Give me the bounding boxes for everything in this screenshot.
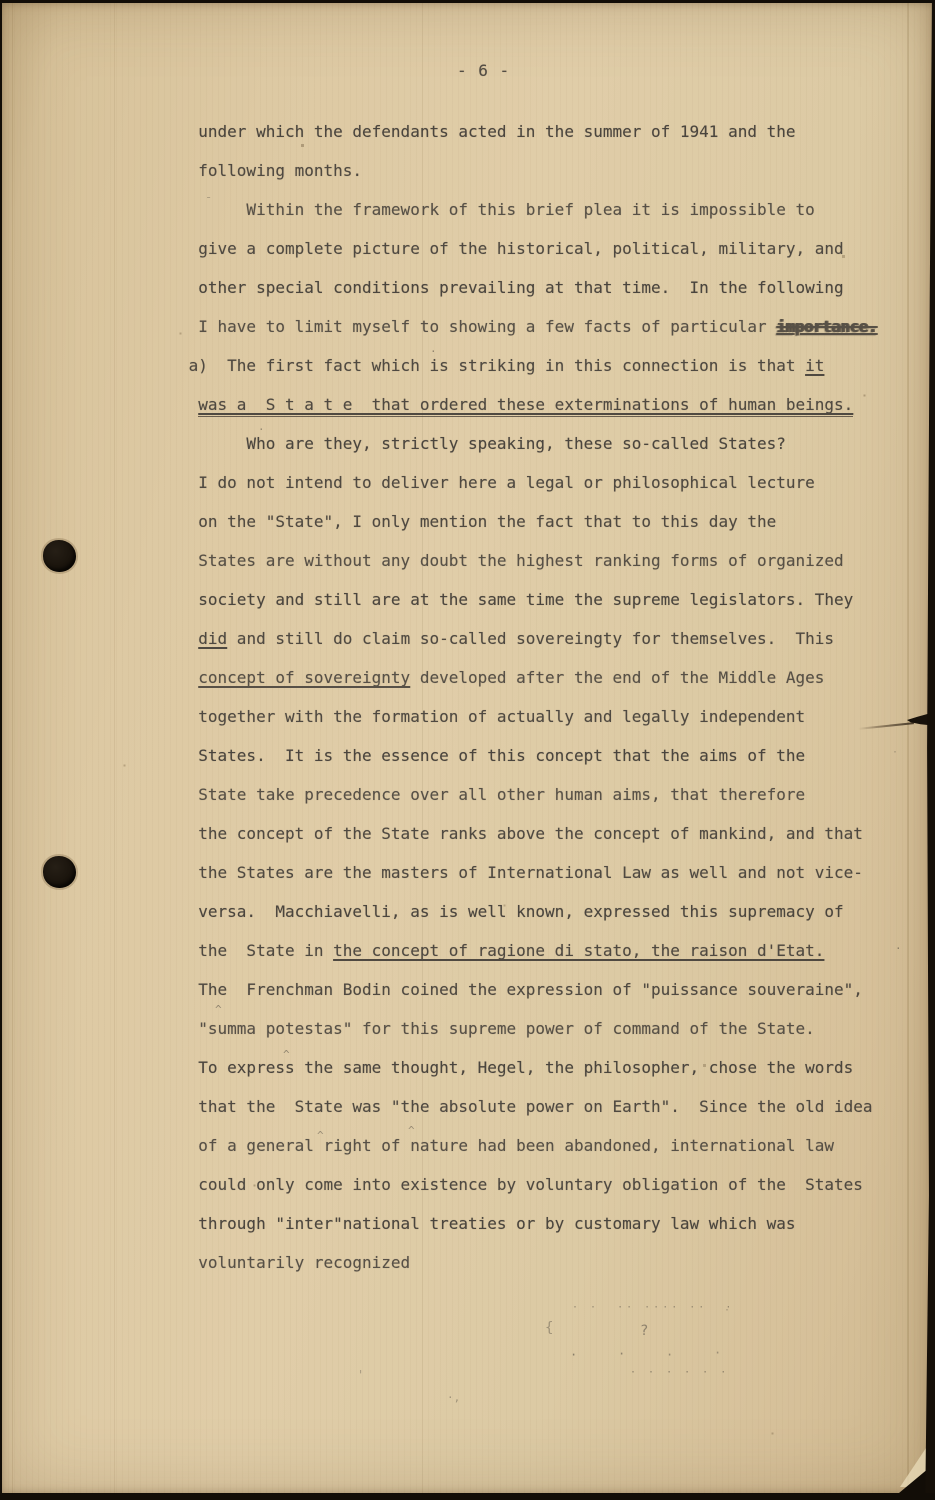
document-page: - 6 - under which the defendants acted i… bbox=[2, 3, 935, 1493]
scan-artifact-mark: · · ·· ···· ·· · bbox=[572, 1303, 734, 1313]
text-segment: through "inter"national treaties or by c… bbox=[179, 1214, 796, 1233]
text-segment: together with the formation of actually … bbox=[179, 707, 805, 726]
underlined-text: did bbox=[198, 629, 227, 648]
text-segment: versa. Macchiavelli, as is well known, e… bbox=[179, 902, 844, 921]
text-segment: voluntarily recognized bbox=[179, 1253, 410, 1272]
text-line: I do not intend to deliver here a legal … bbox=[179, 463, 919, 502]
text-segment: the States are the masters of Internatio… bbox=[179, 863, 863, 882]
text-segment: of a general right of nature had been ab… bbox=[179, 1136, 834, 1155]
scan-artifact-mark: · bbox=[570, 1349, 577, 1361]
text-segment: State take precedence over all other hum… bbox=[179, 785, 805, 804]
overtyped-text: importance. bbox=[776, 317, 876, 336]
scanned-document-canvas: - 6 - under which the defendants acted i… bbox=[0, 0, 935, 1500]
text-segment: that the State was "the absolute power o… bbox=[179, 1097, 873, 1116]
paper-crease bbox=[12, 3, 13, 1493]
text-block: under which the defendants acted in the … bbox=[179, 112, 919, 1282]
text-segment: Who are they, strictly speaking, these s… bbox=[179, 434, 786, 453]
scan-artifact-mark: · bbox=[618, 1348, 625, 1360]
page-number: - 6 - bbox=[457, 61, 510, 80]
scan-artifact-mark: ^ bbox=[408, 1125, 415, 1136]
text-line: that the State was "the absolute power o… bbox=[179, 1087, 919, 1126]
text-line: I have to limit myself to showing a few … bbox=[179, 307, 919, 346]
text-segment: following months. bbox=[179, 161, 362, 180]
text-line: State take precedence over all other hum… bbox=[179, 775, 919, 814]
text-segment: a) The first fact which is striking in t… bbox=[179, 356, 805, 375]
text-line: States. It is the essence of this concep… bbox=[179, 736, 919, 775]
text-line: "summa potestas" for this supreme power … bbox=[179, 1009, 919, 1048]
text-segment: I have to limit myself to showing a few … bbox=[179, 317, 776, 336]
text-line: on the "State", I only mention the fact … bbox=[179, 502, 919, 541]
scan-artifact-mark: · bbox=[430, 346, 437, 357]
text-segment: developed after the end of the Middle Ag… bbox=[410, 668, 824, 687]
scan-artifact-mark: ' bbox=[357, 1369, 364, 1381]
text-line: The Frenchman Bodin coined the expressio… bbox=[179, 970, 919, 1009]
text-segment: society and still are at the same time t… bbox=[179, 590, 853, 609]
text-segment bbox=[179, 668, 198, 687]
underlined-text: was a S t a t e that ordered these exter… bbox=[198, 395, 853, 417]
text-line: Who are they, strictly speaking, these s… bbox=[179, 424, 919, 463]
text-segment bbox=[179, 395, 198, 414]
text-line: through "inter"national treaties or by c… bbox=[179, 1204, 919, 1243]
scan-artifact-mark: · bbox=[714, 1347, 721, 1359]
text-segment: To express the same thought, Hegel, the … bbox=[179, 1058, 853, 1077]
text-line: was a S t a t e that ordered these exter… bbox=[179, 385, 919, 424]
text-segment: The Frenchman Bodin coined the expressio… bbox=[179, 980, 863, 999]
text-line: Within the framework of this brief plea … bbox=[179, 190, 919, 229]
text-segment: and still do claim so-called sovereingty… bbox=[227, 629, 834, 648]
text-segment: States. It is the essence of this concep… bbox=[179, 746, 805, 765]
punch-hole-bottom bbox=[43, 856, 76, 888]
text-segment: could only come into existence by volunt… bbox=[179, 1175, 863, 1194]
text-segment: give a complete picture of the historica… bbox=[179, 239, 844, 258]
scan-artifact-mark: · bbox=[892, 748, 898, 758]
text-line: concept of sovereignty developed after t… bbox=[179, 658, 919, 697]
punch-hole-top bbox=[43, 540, 76, 572]
dust-specks bbox=[2, 3, 3, 4]
text-line: a) The first fact which is striking in t… bbox=[179, 346, 919, 385]
text-segment: the State in bbox=[179, 941, 333, 960]
text-line: To express the same thought, Hegel, the … bbox=[179, 1048, 919, 1087]
text-line: the States are the masters of Internatio… bbox=[179, 853, 919, 892]
scan-artifact-mark: { bbox=[545, 1321, 553, 1335]
scan-artifact-mark: · bbox=[895, 943, 902, 954]
scan-artifact-mark: ? bbox=[640, 1324, 648, 1338]
underlined-text: it bbox=[805, 356, 824, 375]
paper-crease bbox=[114, 3, 115, 1493]
scan-artifact-mark: ^ bbox=[215, 1004, 222, 1015]
scan-artifact-mark: ^ bbox=[283, 1049, 290, 1060]
text-line: following months. bbox=[179, 151, 919, 190]
underlined-text: the concept of ragione di stato, the rai… bbox=[333, 941, 824, 960]
scan-artifact-mark: - bbox=[205, 191, 212, 203]
text-line: of a general right of nature had been ab… bbox=[179, 1126, 919, 1165]
text-line: versa. Macchiavelli, as is well known, e… bbox=[179, 892, 919, 931]
text-line: the concept of the State ranks above the… bbox=[179, 814, 919, 853]
text-line: States are without any doubt the highest… bbox=[179, 541, 919, 580]
text-segment: States are without any doubt the highest… bbox=[179, 551, 844, 570]
text-segment: Within the framework of this brief plea … bbox=[179, 200, 815, 219]
text-line: did and still do claim so-called soverei… bbox=[179, 619, 919, 658]
text-line: give a complete picture of the historica… bbox=[179, 229, 919, 268]
text-line: under which the defendants acted in the … bbox=[179, 112, 919, 151]
text-line: society and still are at the same time t… bbox=[179, 580, 919, 619]
text-segment: I do not intend to deliver here a legal … bbox=[179, 473, 815, 492]
underlined-text: concept of sovereignty bbox=[198, 668, 410, 687]
text-line: could only come into existence by volunt… bbox=[179, 1165, 919, 1204]
scan-artifact-mark: · bbox=[666, 1349, 673, 1361]
text-segment: "summa potestas" for this supreme power … bbox=[179, 1019, 815, 1038]
text-line: voluntarily recognized bbox=[179, 1243, 919, 1282]
text-segment: other special conditions prevailing at t… bbox=[179, 278, 844, 297]
scan-artifact-mark: ·, bbox=[447, 1392, 460, 1403]
text-line: other special conditions prevailing at t… bbox=[179, 268, 919, 307]
torn-right-edge bbox=[924, 3, 935, 1493]
text-line: the State in the concept of ragione di s… bbox=[179, 931, 919, 970]
scan-artifact-mark: · bbox=[724, 1306, 730, 1316]
text-segment: on the "State", I only mention the fact … bbox=[179, 512, 776, 531]
text-segment bbox=[179, 629, 198, 648]
text-segment: the concept of the State ranks above the… bbox=[179, 824, 863, 843]
text-segment: under which the defendants acted in the … bbox=[179, 122, 796, 141]
scan-artifact-mark: · bbox=[258, 424, 265, 435]
scan-artifact-mark: ^ bbox=[317, 1130, 324, 1141]
scan-artifact-mark: · · · · · · bbox=[630, 1368, 729, 1378]
text-line: together with the formation of actually … bbox=[179, 697, 919, 736]
